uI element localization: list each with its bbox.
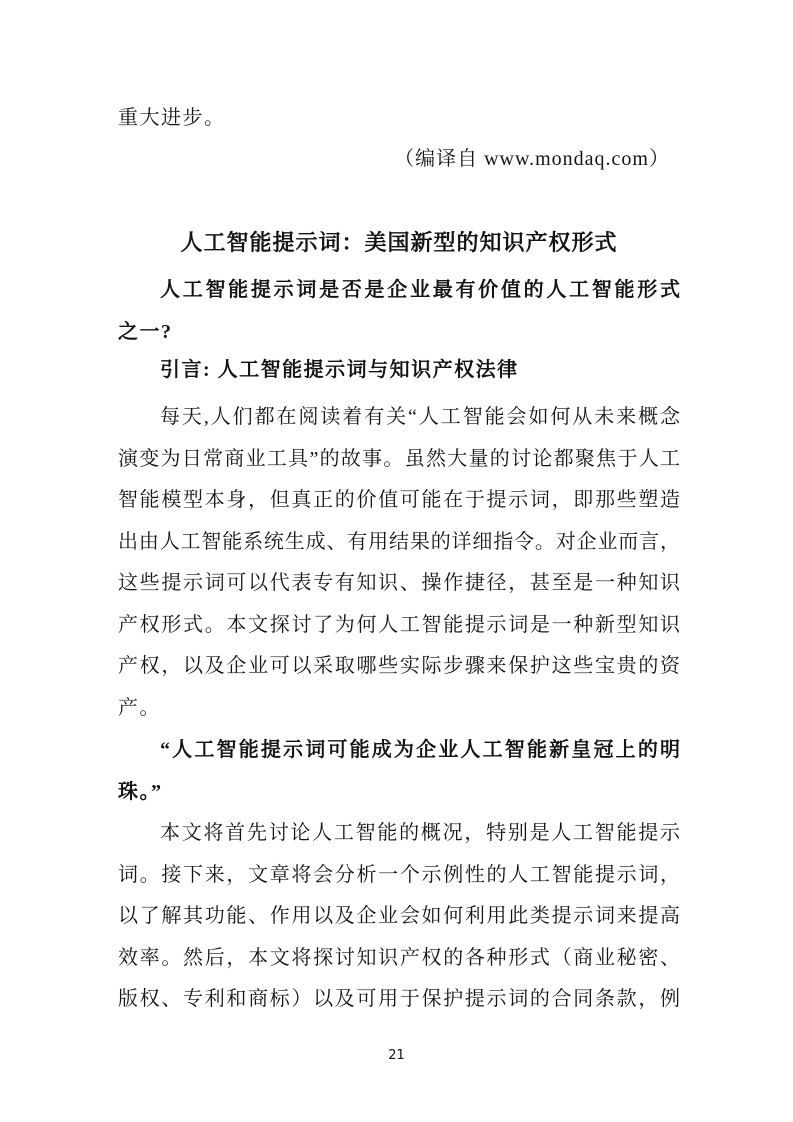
text-line: 产。 [118, 688, 680, 730]
text-line: 人工智能提示词：美国新型的知识产权形式 [118, 221, 680, 265]
text-line: 演变为日常商业工具”的故事。虽然大量的讨论都聚焦于人工 [118, 439, 680, 481]
previous-paragraph-end: 重大进步。 [118, 98, 680, 140]
text-line: （编译自 www.mondaq.com） [118, 139, 680, 181]
text-line: 产权形式。本文探讨了为何人工智能提示词是一种新型知识 [118, 605, 680, 647]
text-line: 人工智能提示词是否是企业最有价值的人工智能形式 [118, 270, 680, 312]
text-line: 以了解其功能、作用以及企业会如何利用此类提示词来提高 [118, 896, 680, 938]
text-line: “人工智能提示词可能成为企业人工智能新皇冠上的明 [118, 730, 680, 772]
text-line: 智能模型本身，但真正的价值可能在于提示词，即那些塑造 [118, 480, 680, 522]
body-paragraph-1: 每天,人们都在阅读着有关“人工智能会如何从未来概念演变为日常商业工具”的故事。虽… [118, 397, 680, 729]
source-attribution: （编译自 www.mondaq.com） [118, 139, 680, 181]
text-line: 每天,人们都在阅读着有关“人工智能会如何从未来概念 [118, 397, 680, 439]
text-line: 之一? [118, 312, 680, 354]
text-line: 珠。” [118, 772, 680, 814]
text-line: 出由人工智能系统生成、有用结果的详细指令。对企业而言， [118, 522, 680, 564]
text-line: 本文将首先讨论人工智能的概况，特别是人工智能提示 [118, 813, 680, 855]
text-line: 版权、专利和商标）以及可用于保护提示词的合同条款，例 [118, 979, 680, 1021]
document-page: 重大进步。 （编译自 www.mondaq.com） 人工智能提示词：美国新型的… [0, 0, 793, 1122]
text-line: 词。接下来，文章将会分析一个示例性的人工智能提示词， [118, 855, 680, 897]
page-number: 21 [0, 1048, 793, 1063]
text-line: 效率。然后，本文将探讨知识产权的各种形式（商业秘密、 [118, 938, 680, 980]
article-title: 人工智能提示词：美国新型的知识产权形式 [118, 221, 680, 265]
body-paragraph-2: 本文将首先讨论人工智能的概况，特别是人工智能提示词。接下来，文章将会分析一个示例… [118, 813, 680, 1021]
lead-paragraph: 人工智能提示词是否是企业最有价值的人工智能形式之一? [118, 270, 680, 353]
text-line: 重大进步。 [118, 98, 680, 140]
text-line: 产权，以及企业可以采取哪些实际步骤来保护这些宝贵的资 [118, 646, 680, 688]
section-heading: 引言: 人工智能提示词与知识产权法律 [118, 350, 680, 392]
text-line: 这些提示词可以代表专有知识、操作捷径，甚至是一种知识 [118, 563, 680, 605]
pull-quote: “人工智能提示词可能成为企业人工智能新皇冠上的明珠。” [118, 730, 680, 813]
text-line: 引言: 人工智能提示词与知识产权法律 [118, 350, 680, 392]
